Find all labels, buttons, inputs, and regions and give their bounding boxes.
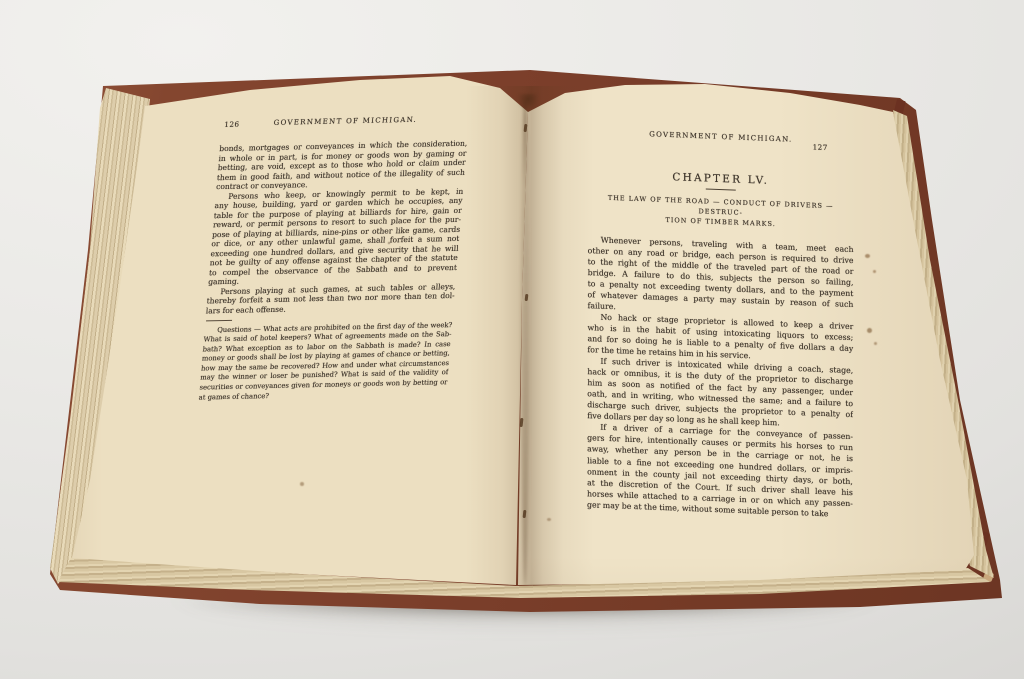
cover-fray-right-upper bbox=[901, 120, 909, 131]
questions-divider-rule bbox=[206, 319, 232, 321]
paragraph: If a driver of a carriage for the convey… bbox=[587, 422, 853, 520]
foxing-spot bbox=[867, 328, 872, 333]
right-page-number: 127 bbox=[813, 142, 828, 152]
book-shadow-inner bbox=[55, 590, 1005, 620]
paragraph: Persons playing at such games, at such t… bbox=[206, 281, 456, 315]
left-page-text: 126 GOVERNMENT OF MICHIGAN. bonds, mortg… bbox=[198, 112, 470, 403]
gutter-top-notch bbox=[512, 94, 544, 122]
foxing-spot bbox=[873, 270, 876, 273]
paragraph: Questions — What acts are prohibited on … bbox=[198, 321, 452, 403]
left-page-body: bonds, mortgages or conveyances in which… bbox=[206, 139, 468, 316]
foxing-spot bbox=[300, 482, 304, 486]
right-page-header: GOVERNMENT OF MICHIGAN. 127 bbox=[588, 128, 854, 147]
photo-backdrop: 126 GOVERNMENT OF MICHIGAN. bonds, mortg… bbox=[0, 0, 1024, 679]
cover-fray-right-lower bbox=[978, 531, 990, 547]
chapter-heading: CHAPTER LV. bbox=[588, 168, 854, 190]
cover-fray-top-right bbox=[893, 99, 906, 117]
paragraph: Persons who keep, or knowingly permit to… bbox=[208, 186, 464, 287]
foxing-spot bbox=[874, 342, 877, 345]
paragraph: bonds, mortgages or conveyances in which… bbox=[216, 139, 468, 192]
chapter-rule bbox=[706, 188, 736, 190]
questions-block: Questions — What acts are prohibited on … bbox=[198, 321, 452, 403]
paragraph: If such driver is intoxicated while driv… bbox=[587, 355, 853, 431]
chapter-subtitle: THE LAW OF THE ROAD — CONDUCT OF DRIVERS… bbox=[588, 193, 854, 232]
right-page-body: Whenever persons, traveling with a team,… bbox=[587, 234, 854, 520]
foxing-spot bbox=[547, 518, 551, 521]
left-page-number: 126 bbox=[224, 120, 240, 129]
left-running-header: GOVERNMENT OF MICHIGAN. bbox=[221, 115, 470, 128]
foxing-spot bbox=[865, 254, 870, 258]
book-gutter-shading bbox=[466, 86, 594, 586]
right-page-text: GOVERNMENT OF MICHIGAN. 127 CHAPTER LV. … bbox=[587, 128, 854, 520]
left-page-header: 126 GOVERNMENT OF MICHIGAN. bbox=[221, 115, 470, 129]
paragraph: Whenever persons, traveling with a team,… bbox=[588, 234, 854, 321]
